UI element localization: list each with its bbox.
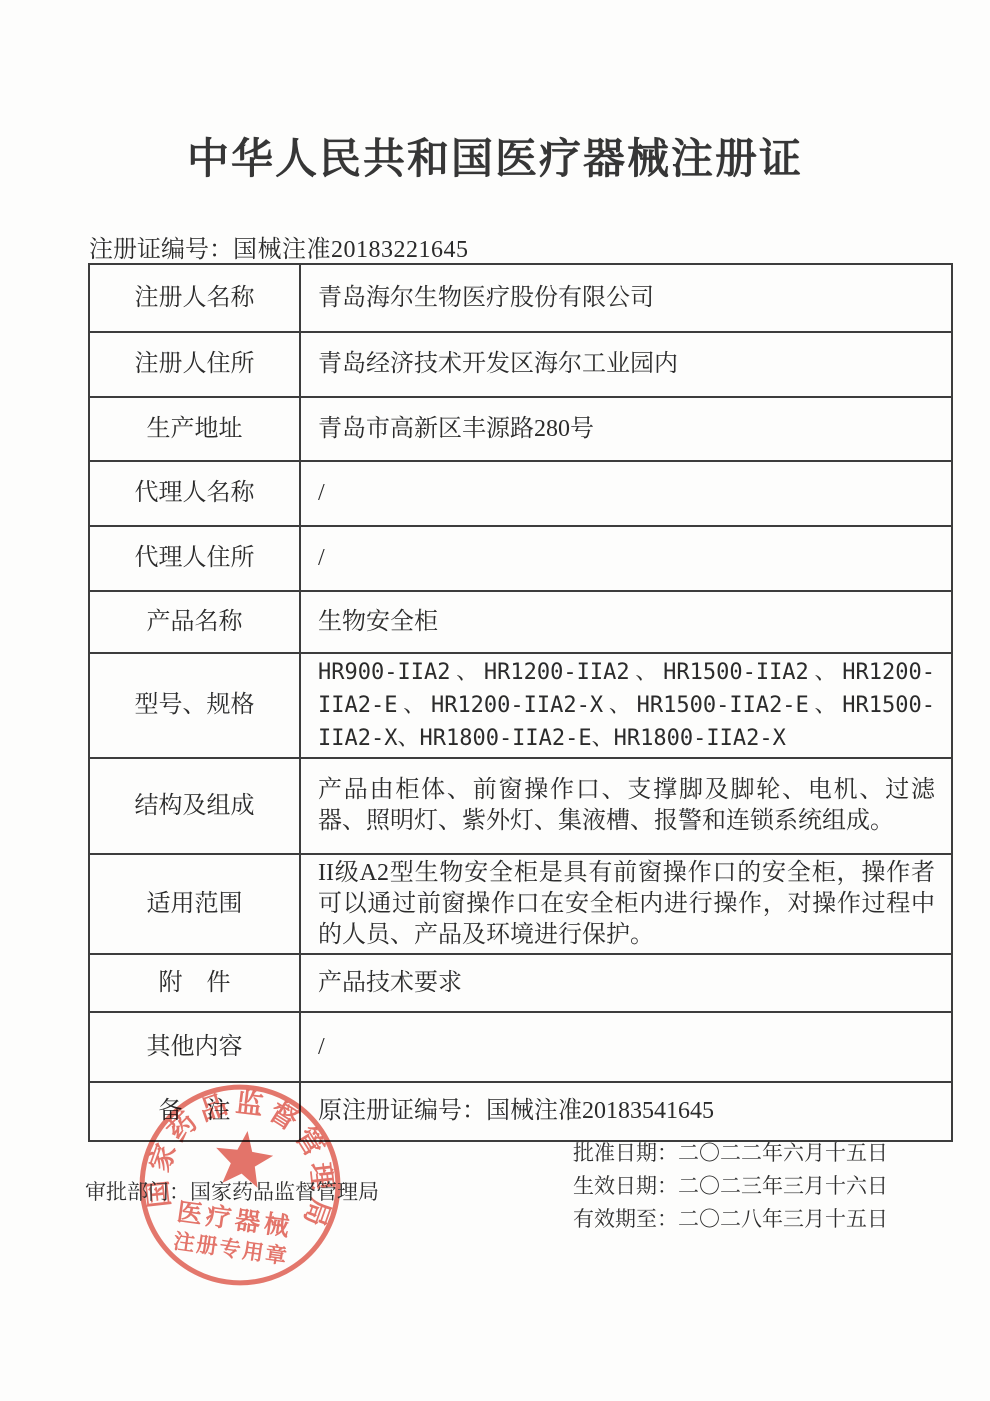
cert-number-line: 注册证编号：国械注准20183221645 xyxy=(89,229,469,264)
table-row: 备 注 原注册证编号：国械注准20183541645 xyxy=(89,1082,952,1141)
row-label: 适用范围 xyxy=(89,854,300,954)
table-row: 结构及组成 产品由柜体、前窗操作口、支撑脚及脚轮、电机、过滤器、照明灯、紫外灯、… xyxy=(89,758,952,854)
approval-date-value: 二〇二二年六月十五日 xyxy=(678,1141,888,1165)
approval-dept-label: 审批部门： xyxy=(85,1180,190,1204)
effective-date-line: 生效日期：二〇二三年三月十六日 xyxy=(573,1176,888,1197)
approval-date-label: 批准日期： xyxy=(573,1141,678,1165)
row-label: 结构及组成 xyxy=(89,758,300,854)
approval-dept-line: 审批部门：国家药品监督管理局 xyxy=(85,1176,379,1206)
table-row: 产品名称 生物安全柜 xyxy=(89,591,952,653)
table-row: 注册人住所 青岛经济技术开发区海尔工业园内 xyxy=(89,332,952,397)
cert-number-label: 注册证编号： xyxy=(89,237,233,263)
row-label: 代理人住所 xyxy=(89,526,300,591)
effective-date-label: 生效日期： xyxy=(573,1174,678,1198)
row-value: / xyxy=(300,526,952,591)
table-row: 附 件 产品技术要求 xyxy=(89,954,952,1012)
row-value: 青岛市高新区丰源路280号 xyxy=(300,397,952,461)
row-label: 产品名称 xyxy=(89,591,300,653)
table-row: 代理人住所 / xyxy=(89,526,952,591)
row-value: HR900-IIA2、HR1200-IIA2、HR1500-IIA2、HR120… xyxy=(300,653,952,758)
effective-date-value: 二〇二三年三月十六日 xyxy=(678,1174,888,1198)
page-title: 中华人民共和国医疗器械注册证 xyxy=(0,126,990,186)
row-label: 附 件 xyxy=(89,954,300,1012)
row-label: 代理人名称 xyxy=(89,461,300,526)
certificate-table: 注册人名称 青岛海尔生物医疗股份有限公司 注册人住所 青岛经济技术开发区海尔工业… xyxy=(88,263,953,1142)
row-value: 青岛海尔生物医疗股份有限公司 xyxy=(300,264,952,332)
row-label: 注册人住所 xyxy=(89,332,300,397)
approval-dept-value: 国家药品监督管理局 xyxy=(190,1180,379,1204)
row-value: 产品技术要求 xyxy=(300,954,952,1012)
table-row: 适用范围 II级A2型生物安全柜是具有前窗操作口的安全柜，操作者可以通过前窗操作… xyxy=(89,854,952,954)
table-row: 其他内容 / xyxy=(89,1012,952,1082)
dates-block: 批准日期：二〇二二年六月十五日 生效日期：二〇二三年三月十六日 有效期至：二〇二… xyxy=(573,1143,888,1242)
table-row: 生产地址 青岛市高新区丰源路280号 xyxy=(89,397,952,461)
row-label: 备 注 xyxy=(89,1082,300,1141)
expiry-date-label: 有效期至： xyxy=(573,1207,678,1231)
row-value: / xyxy=(300,461,952,526)
row-label: 型号、规格 xyxy=(89,653,300,758)
expiry-date-value: 二〇二八年三月十五日 xyxy=(678,1207,888,1231)
table-row: 型号、规格 HR900-IIA2、HR1200-IIA2、HR1500-IIA2… xyxy=(89,653,952,758)
expiry-date-line: 有效期至：二〇二八年三月十五日 xyxy=(573,1209,888,1230)
row-value: / xyxy=(300,1012,952,1082)
row-value: 生物安全柜 xyxy=(300,591,952,653)
cert-number-value: 国械注准20183221645 xyxy=(233,237,469,263)
table-row: 代理人名称 / xyxy=(89,461,952,526)
seal-line2: 注册专用章 xyxy=(172,1228,290,1269)
row-label: 其他内容 xyxy=(89,1012,300,1082)
row-label: 注册人名称 xyxy=(89,264,300,332)
row-value: 原注册证编号：国械注准20183541645 xyxy=(300,1082,952,1141)
row-value: 青岛经济技术开发区海尔工业园内 xyxy=(300,332,952,397)
table-row: 注册人名称 青岛海尔生物医疗股份有限公司 xyxy=(89,264,952,332)
row-label: 生产地址 xyxy=(89,397,300,461)
approval-date-line: 批准日期：二〇二二年六月十五日 xyxy=(573,1143,888,1164)
row-value: II级A2型生物安全柜是具有前窗操作口的安全柜，操作者可以通过前窗操作口在安全柜… xyxy=(300,854,952,954)
certificate-page: 中华人民共和国医疗器械注册证 注册证编号：国械注准20183221645 注册人… xyxy=(0,0,990,1401)
row-value: 产品由柜体、前窗操作口、支撑脚及脚轮、电机、过滤器、照明灯、紫外灯、集液槽、报警… xyxy=(300,758,952,854)
